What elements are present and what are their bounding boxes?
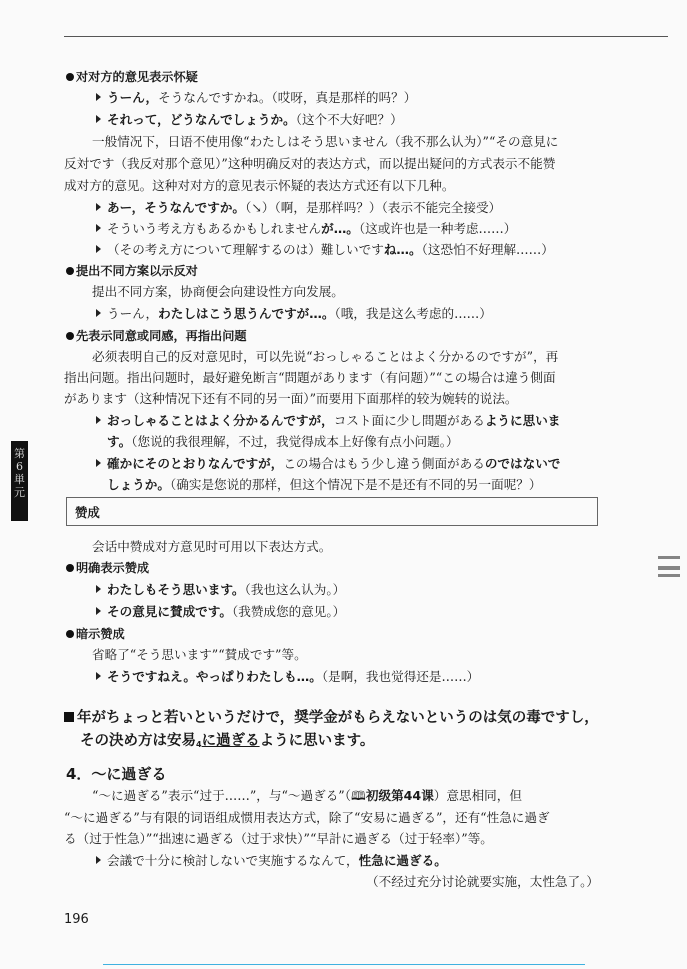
key-sentence-line-2: その決め方は安易4に過ぎるように思います。 bbox=[80, 733, 374, 753]
tab-char: 元 bbox=[11, 486, 28, 499]
example-agree-first-1-cont: す。（您说的我很理解，不过，我觉得成本上好像有点小问题。） bbox=[107, 434, 459, 450]
example-explicit-1: わたしもそう思います。（我也这么认为。） bbox=[96, 582, 345, 598]
example-doubt-3: あー，そうなんですか。（↘）（啊，是那样吗？）（表示不能完全接受） bbox=[96, 200, 501, 216]
square-bullet-icon bbox=[64, 712, 74, 722]
example-alt-plan: うーん，わたしはこう思うんですが…。（哦，我是这么考虑的……） bbox=[96, 306, 492, 322]
paragraph-line: 指出问题。指出问题时，最好避免断言“問題があります（有问题）”“この場合は違う側… bbox=[64, 370, 556, 386]
key-sentence-line-1: 年がちょっと若いというだけで，奨学金がもらえないというのは気の毒ですし， bbox=[64, 710, 599, 726]
scan-artifact bbox=[658, 566, 680, 570]
paragraph-line: があります（这种情况下还有不同的另一面）”而要用下面那样的较为婉转的说法。 bbox=[64, 391, 518, 407]
paragraph-line: 会话中赞成对方意见时可用以下表达方式。 bbox=[92, 539, 331, 555]
tab-char: 6 bbox=[11, 460, 28, 473]
example-section-4-translation: （不经过充分讨论就要实施，太性急了。） bbox=[366, 874, 599, 890]
triangle-bullet-icon bbox=[96, 203, 101, 211]
paragraph-line: る（过于性急）”“拙速に過ぎる（过于求快）”“早計に過ぎる（过于轻率）”等。 bbox=[64, 831, 493, 847]
triangle-bullet-icon bbox=[96, 672, 101, 680]
section-4-title: 4．～に過ぎる bbox=[66, 766, 166, 782]
tab-char: 単 bbox=[11, 473, 28, 486]
bullet-dot-icon bbox=[66, 73, 74, 81]
header-rule bbox=[64, 36, 668, 37]
triangle-bullet-icon bbox=[96, 309, 101, 317]
scan-artifact bbox=[658, 574, 680, 577]
triangle-bullet-icon bbox=[96, 416, 101, 424]
example-doubt-1: うーん，そうなんですかね。（哎呀，真是那样的吗？） bbox=[96, 90, 416, 106]
paragraph-line: 省略了“そう思います”“賛成です”等。 bbox=[92, 647, 307, 663]
unit-side-tab: 第 6 単 元 bbox=[11, 441, 28, 521]
triangle-bullet-icon bbox=[96, 585, 101, 593]
triangle-bullet-icon bbox=[96, 856, 101, 864]
example-doubt-5: （その考え方について理解するのは）難しいですね…。（这恐怕不好理解……） bbox=[96, 242, 554, 258]
paragraph-line: 反対です（我反对那个意见）”这种明确反对的表达方式，而以提出疑问的方式表示不能赞 bbox=[64, 156, 555, 172]
triangle-bullet-icon bbox=[96, 93, 101, 101]
example-agree-first-1: おっしゃることはよく分かるんですが，コスト面に少し問題があるように思いま bbox=[96, 413, 560, 429]
tab-char: 第 bbox=[11, 447, 28, 460]
triangle-bullet-icon bbox=[96, 115, 101, 123]
paragraph-line: 成对方的意见。这种对对方的意见表示怀疑的表达方式还有以下几种。 bbox=[64, 178, 454, 194]
book-icon: 🕮 bbox=[351, 788, 366, 803]
example-agree-first-2: 確かにそのとおりなんですが，この場合はもう少し違う側面があるのではないで bbox=[96, 456, 560, 472]
section-box-agree: 赞成 bbox=[66, 497, 598, 526]
example-explicit-2: その意見に賛成です。（我赞成您的意见。） bbox=[96, 604, 345, 620]
example-agree-first-2-cont: しょうか。（确实是您说的那样，但这个情况下是不是还有不同的另一面呢？） bbox=[107, 477, 541, 493]
heading-alt-plan: 提出不同方案以示反对 bbox=[66, 263, 198, 279]
bullet-dot-icon bbox=[66, 332, 74, 340]
paragraph-line: “～に過ぎる”与有限的词语组成惯用表达方式，除了“安易に過ぎる”，还有“性急に過… bbox=[64, 810, 550, 826]
footer-rule bbox=[103, 964, 585, 965]
triangle-bullet-icon bbox=[96, 459, 101, 467]
page-number: 196 bbox=[64, 912, 89, 927]
heading-explicit-agree: 明确表示赞成 bbox=[66, 560, 149, 576]
triangle-bullet-icon bbox=[96, 607, 101, 615]
example-doubt-2: それって，どうなんでしょうか。（这个不大好吧？） bbox=[96, 112, 403, 128]
heading-implicit-agree: 暗示赞成 bbox=[66, 626, 125, 642]
scan-artifact bbox=[658, 556, 680, 559]
example-implicit: そうですねえ。やっぱりわたしも…。（是啊，我也觉得还是……） bbox=[96, 669, 479, 685]
triangle-bullet-icon bbox=[96, 245, 101, 253]
section-title: 赞成 bbox=[75, 503, 100, 521]
bullet-dot-icon bbox=[66, 564, 74, 572]
bullet-dot-icon bbox=[66, 267, 74, 275]
triangle-bullet-icon bbox=[96, 224, 101, 232]
paragraph-line: 一般情况下，日语不使用像“わたしはそう思いません（我不那么认为）”“その意見に bbox=[92, 134, 558, 150]
paragraph-line: 必须表明自己的反对意见时，可以先说“おっしゃることはよく分かるのですが”，再 bbox=[92, 349, 558, 365]
example-doubt-4: そういう考え方もあるかもしれませんが…。（这或许也是一种考虑……） bbox=[96, 221, 516, 237]
example-section-4: 会議で十分に検討しないで実施するなんて，性急に過ぎる。 bbox=[96, 853, 447, 869]
book-page: 对对方的意见表示怀疑 うーん，そうなんですかね。（哎呀，真是那样的吗？） それっ… bbox=[0, 0, 687, 969]
bullet-dot-icon bbox=[66, 630, 74, 638]
paragraph-line: 提出不同方案，协商便会向建设性方向发展。 bbox=[92, 284, 344, 300]
heading-agree-first: 先表示同意或同感，再指出问题 bbox=[66, 328, 247, 344]
paragraph-line: “～に過ぎる”表示“过于……”，与“～過ぎる”（🕮初级第44课）意思相同，但 bbox=[92, 788, 522, 804]
heading-doubt: 对对方的意见表示怀疑 bbox=[66, 69, 198, 85]
